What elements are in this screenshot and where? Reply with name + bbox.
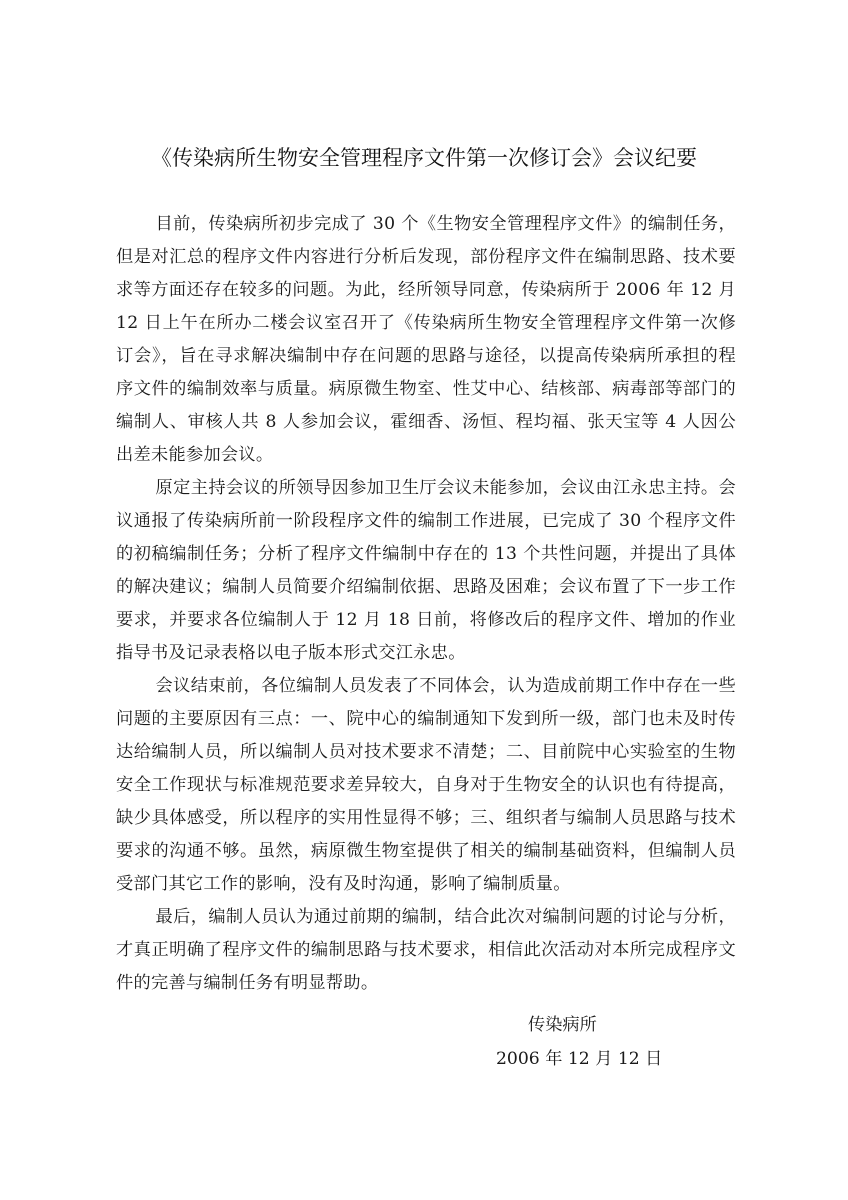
paragraph-intro: 目前，传染病所初步完成了 30 个《生物安全管理程序文件》的编制任务，但是对汇总…: [116, 208, 736, 472]
document-body: 目前，传染病所初步完成了 30 个《生物安全管理程序文件》的编制任务，但是对汇总…: [116, 208, 736, 1000]
paragraph-conclusion: 最后，编制人员认为通过前期的编制，结合此次对编制问题的讨论与分析，才真正明确了程…: [116, 901, 736, 1000]
document-title: 《传染病所生物安全管理程序文件第一次修订会》会议纪要: [0, 142, 848, 172]
paragraph-proceedings: 原定主持会议的所领导因参加卫生厅会议未能参加，会议由江永忠主持。会议通报了传染病…: [116, 472, 736, 670]
paragraph-reflections: 会议结束前，各位编制人员发表了不同体会，认为造成前期工作中存在一些问题的主要原因…: [116, 670, 736, 901]
signature-date: 2006 年 12 月 12 日: [496, 1044, 662, 1069]
signature-organization: 传染病所: [528, 1010, 597, 1035]
